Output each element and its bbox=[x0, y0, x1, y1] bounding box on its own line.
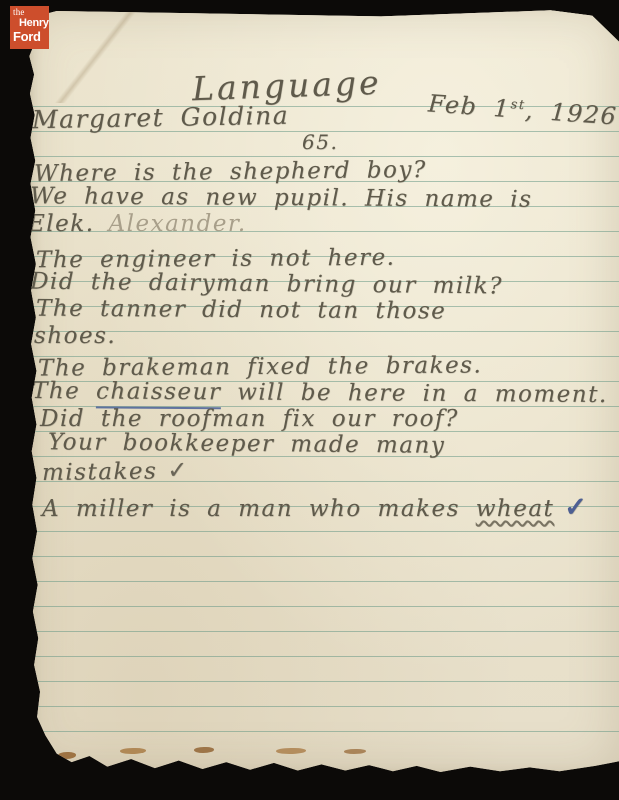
handwritten-line: shoes. bbox=[34, 323, 116, 349]
handwritten-line: Elek.Alexander. bbox=[28, 211, 247, 237]
notebook-page: Language Margaret Goldina Feb 1st, 1926 … bbox=[24, 8, 619, 772]
line-text: Where is the shepherd boy? bbox=[34, 157, 427, 187]
exercise-number: 65. bbox=[302, 130, 338, 154]
check-mark-icon: ✓ bbox=[167, 456, 189, 484]
line-text: The tanner did not tan those bbox=[36, 296, 446, 325]
handwritten-line: The tanner did not tan those bbox=[36, 296, 446, 325]
student-name-text: Margaret Goldina bbox=[32, 101, 290, 134]
logo-henry-text: Henry bbox=[19, 18, 49, 29]
logo-ford-text: Ford bbox=[13, 30, 49, 43]
teacher-underlined-word: chaisseur bbox=[96, 378, 222, 409]
scanned-notebook-photo: Language Margaret Goldina Feb 1st, 1926 … bbox=[0, 0, 619, 800]
handwritten-line: A miller is a man who makes wheat✓ bbox=[42, 492, 588, 523]
handwritten-line: mistakes✓ bbox=[42, 456, 189, 486]
date-ordinal: st bbox=[510, 97, 526, 113]
handwritten-line: The brakeman fixed the brakes. bbox=[38, 352, 482, 381]
handwritten-line: We have as new pupil. His name is bbox=[30, 183, 533, 213]
henry-ford-logo: the Henry Ford bbox=[10, 6, 49, 49]
line-text: mistakes bbox=[42, 458, 158, 486]
underlined-word: wheat bbox=[476, 496, 555, 522]
student-name: Margaret Goldina bbox=[32, 101, 290, 134]
handwritten-line: Did the dairyman bring our milk? bbox=[30, 269, 503, 300]
line-text: shoes. bbox=[34, 323, 116, 349]
handwritten-line: Where is the shepherd boy? bbox=[34, 157, 427, 187]
line-text: The bbox=[32, 378, 96, 404]
handwritten-line: The chaisseur will be here in a moment. bbox=[32, 378, 608, 408]
date-prefix: Feb 1 bbox=[427, 89, 511, 123]
paper-crease bbox=[42, 8, 152, 103]
handwritten-line: Your bookkeeper made many bbox=[48, 429, 446, 458]
line-text: The brakeman fixed the brakes. bbox=[38, 352, 482, 381]
logo-the-text: the bbox=[13, 8, 49, 17]
line-text: Elek. bbox=[28, 211, 95, 237]
line-text: We have as new pupil. His name is bbox=[30, 183, 533, 213]
line-text: A miller is a man who makes bbox=[42, 496, 476, 522]
faint-annotation: Alexander. bbox=[109, 211, 247, 237]
handwritten-line: Did the roofman fix our roof? bbox=[40, 406, 459, 432]
check-mark-icon: ✓ bbox=[564, 492, 588, 523]
exercise-number-text: 65. bbox=[302, 130, 338, 154]
line-text: will be here in a moment. bbox=[221, 379, 607, 408]
line-text: Your bookkeeper made many bbox=[48, 429, 446, 458]
line-text: Did the dairyman bring our milk? bbox=[30, 269, 503, 300]
line-text: Did the roofman fix our roof? bbox=[40, 406, 459, 432]
